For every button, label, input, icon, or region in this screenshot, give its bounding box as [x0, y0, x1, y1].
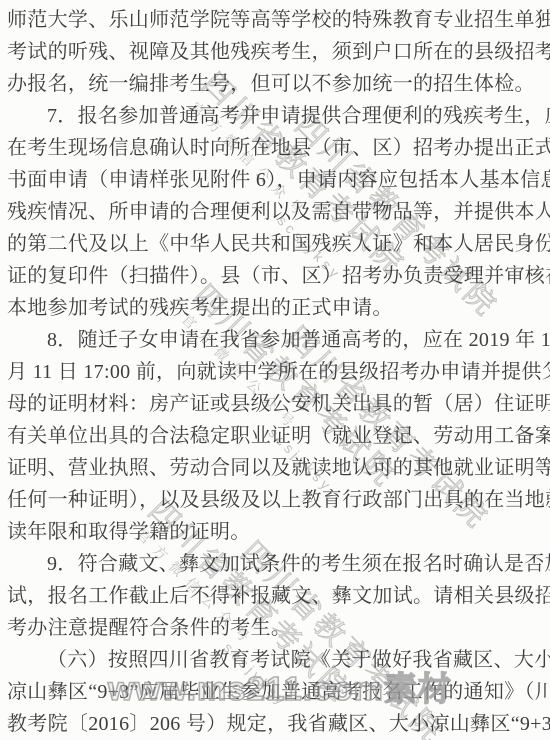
- text-line: （六）按照四川省教育考试院《关于做好我省藏区、大小: [7, 644, 541, 676]
- paragraph-5: （六）按照四川省教育考试院《关于做好我省藏区、大小凉山彝区“9+3”应届毕业生参…: [7, 644, 541, 740]
- text-line: 办报名，统一编排考生号，但可以不参加统一的招生体检。: [7, 68, 541, 100]
- text-line: 7．报名参加普通高考并申请提供合理便利的残疾考生，应: [7, 100, 541, 132]
- paragraph-2: 7．报名参加普通高考并申请提供合理便利的残疾考生，应在考生现场信息确认时向所在地…: [7, 100, 541, 324]
- text-line: 书面申请（申请样张见附件 6），申请内容应包括本人基本信息、: [7, 164, 541, 196]
- text-line: 在考生现场信息确认时向所在地县（市、区）招考办提出正式: [7, 132, 541, 164]
- text-line: 考办注意提醒符合条件的考生。: [7, 612, 541, 644]
- text-line: 师范大学、乐山师范学院等高等学校的特殊教育专业招生单独: [7, 4, 541, 36]
- text-line: 试，报名工作截止后不得补报藏文、彝文加试。请相关县级招: [7, 580, 541, 612]
- text-line: 本地参加考试的残疾考生提出的正式申请。: [7, 292, 541, 324]
- text-line: 残疾情况、所申请的合理便利以及需自带物品等，并提供本人: [7, 196, 541, 228]
- paragraph-3: 8．随迁子女申请在我省参加普通高考的，应在 2019 年 10月 11 日 17…: [7, 324, 541, 548]
- text-line: 教考院〔2016〕206 号）规定，我省藏区、大小凉山彝区“9+3”: [7, 708, 541, 740]
- paragraph-4: 9．符合藏文、彝文加试条件的考生须在报名时确认是否加试，报名工作截止后不得补报藏…: [7, 548, 541, 644]
- text-line: 9．符合藏文、彝文加试条件的考生须在报名时确认是否加: [7, 548, 541, 580]
- text-line: 月 11 日 17:00 前，向就读中学所在的县级招考办申请并提供父: [7, 356, 541, 388]
- text-column: 师范大学、乐山师范学院等高等学校的特殊教育专业招生单独考试的听残、视障及其他残疾…: [7, 4, 541, 740]
- document-page: 四川省教育考试院 四川省教育考试院 官方微信公众号 scsjyksy 四川省教育…: [0, 0, 550, 740]
- text-line: 证的复印件（扫描件）。县（市、区）招考办负责受理并审核在: [7, 260, 541, 292]
- paragraph-1: 师范大学、乐山师范学院等高等学校的特殊教育专业招生单独考试的听残、视障及其他残疾…: [7, 4, 541, 100]
- text-line: 8．随迁子女申请在我省参加普通高考的，应在 2019 年 10: [7, 324, 541, 356]
- text-line: 的第二代及以上《中华人民共和国残疾人证》和本人居民身份: [7, 228, 541, 260]
- text-line: 凉山彝区“9+3”应届毕业生参加普通高考报名工作的通知》（川: [7, 676, 541, 708]
- text-line: 有关单位出具的合法稳定职业证明（就业登记、劳动用工备案: [7, 420, 541, 452]
- text-line: 母的证明材料：房产证或县级公安机关出具的暂（居）住证明；: [7, 388, 541, 420]
- text-line: 证明、营业执照、劳动合同以及就读地认可的其他就业证明等: [7, 452, 541, 484]
- text-line: 读年限和取得学籍的证明。: [7, 516, 541, 548]
- text-line: 考试的听残、视障及其他残疾考生，须到户口所在的县级招考: [7, 36, 541, 68]
- text-line: 任何一种证明），以及县级及以上教育行政部门出具的在当地就: [7, 484, 541, 516]
